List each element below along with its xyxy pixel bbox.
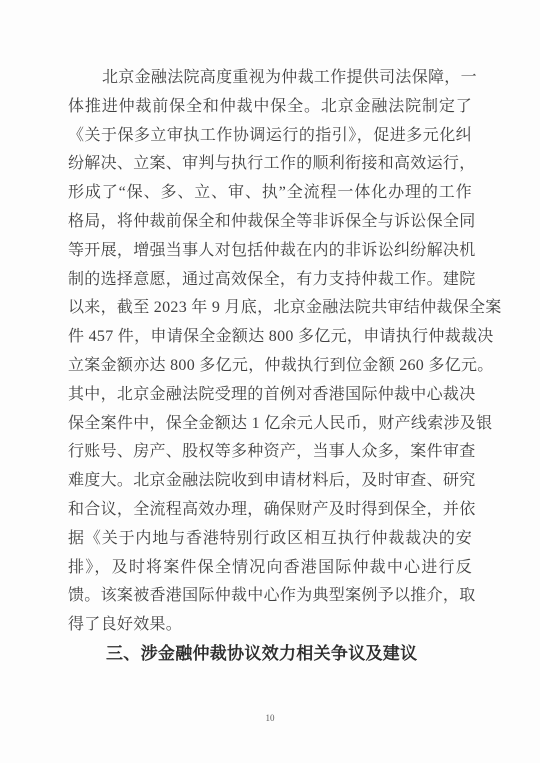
- paragraph-line: 纷解决、立案、审判与执行工作的顺利衔接和高效运行，: [68, 150, 472, 179]
- paragraph-line: 立案金额亦达 800 多亿元，仲裁执行到位金额 260 多亿元。: [68, 352, 472, 381]
- section-heading: 三、涉金融仲裁协议效力相关争议及建议: [68, 640, 472, 669]
- paragraph-line: 形成了“保、多、立、审、执”全流程一体化办理的工作: [68, 179, 472, 208]
- paragraph-line: 《关于保多立审执工作协调运行的指引》，促进多元化纠: [68, 122, 472, 151]
- paragraph-line: 件 457 件，申请保全金额达 800 多亿元，申请执行仲裁裁决: [68, 323, 472, 352]
- paragraph-line: 体推进仲裁前保全和仲裁中保全。北京金融法院制定了: [68, 93, 472, 122]
- paragraph-line: 格局，将仲裁前保全和仲裁保全等非诉保全与诉讼保全同: [68, 208, 472, 237]
- page-number: 10: [0, 711, 540, 725]
- paragraph-line: 排》，及时将案件保全情况向香港国际仲裁中心进行反: [68, 554, 472, 583]
- paragraph-line: 以来，截至 2023 年 9 月底，北京金融法院共审结仲裁保全案: [68, 294, 472, 323]
- paragraph-line: 北京金融法院高度重视为仲裁工作提供司法保障，一: [68, 64, 472, 93]
- paragraph-line: 和合议，全流程高效办理，确保财产及时得到保全，并依: [68, 496, 472, 525]
- paragraph-line: 行账号、房产、股权等多种资产，当事人众多，案件审查: [68, 438, 472, 467]
- paragraph-line: 制的选择意愿，通过高效保全，有力支持仲裁工作。建院: [68, 266, 472, 295]
- paragraph-line: 据《关于内地与香港特别行政区相互执行仲裁裁决的安: [68, 525, 472, 554]
- paragraph-line: 等开展，增强当事人对包括仲裁在内的非诉讼纠纷解决机: [68, 237, 472, 266]
- paragraph-line: 其中，北京金融法院受理的首例对香港国际仲裁中心裁决: [68, 381, 472, 410]
- paragraph-line: 保全案件中，保全金额达 1 亿余元人民币，财产线索涉及银: [68, 410, 472, 439]
- paragraph-line: 难度大。北京金融法院收到申请材料后，及时审查、研究: [68, 467, 472, 496]
- paragraph-line: 馈。该案被香港国际仲裁中心作为典型案例予以推介，取: [68, 582, 472, 611]
- page-body: 北京金融法院高度重视为仲裁工作提供司法保障，一 体推进仲裁前保全和仲裁中保全。北…: [68, 64, 472, 669]
- paragraph-line: 得了良好效果。: [68, 611, 472, 640]
- document-page: 北京金融法院高度重视为仲裁工作提供司法保障，一 体推进仲裁前保全和仲裁中保全。北…: [0, 0, 540, 763]
